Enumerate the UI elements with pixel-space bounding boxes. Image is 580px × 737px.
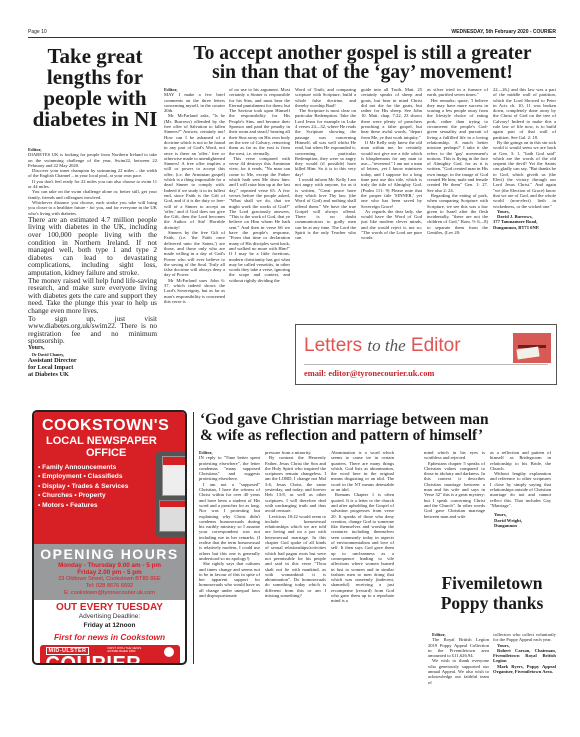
paragraph: IN reply to "Time better spent protestin… <box>199 455 260 481</box>
paragraph: If you don't feel ready for 22 miles you… <box>28 179 157 190</box>
paragraph: Discover your inner champion by swimming… <box>28 168 157 179</box>
paragraph: as a reflection and pattern of himself a… <box>490 450 551 471</box>
marriage-column-5: as a reflection and pattern of himself a… <box>490 450 551 570</box>
marriage-column-2: pressure from a minority. By contrast th… <box>265 450 326 662</box>
paragraph: DIABETES UK is looking for people from N… <box>28 152 157 168</box>
paragraph: Word of Truth, and comparing scripture w… <box>295 87 356 108</box>
paragraph: We wish to thank everyone who generously… <box>428 658 489 684</box>
paragraph: Abomination is a word which seems to cau… <box>331 450 394 492</box>
publication-day: OUT EVERY TUESDAY <box>34 602 185 613</box>
advert-hours-panel: OPENING HOURS Monday - Thursday 9.00 am … <box>34 544 185 600</box>
postbox-icon <box>513 333 551 363</box>
editor-email-link[interactable]: email: editor@tyronecourier.uk.com <box>304 369 434 378</box>
headline-marriage: ‘God gave Christian marriage between man… <box>200 412 560 444</box>
paragraph: The Royal British Legion 2019 Poppy Appe… <box>428 637 489 658</box>
page-folio: Page 10 WEDNESDAY, 5th February 2020 - C… <box>28 28 556 38</box>
headline-line: lengths for <box>28 67 162 88</box>
diabetes-body: Editor, DIABETES UK is looking for peopl… <box>28 147 157 409</box>
paragraph: She rightly says that cultures and times… <box>199 561 260 598</box>
author-title: at Diabetes UK <box>28 371 157 378</box>
headline-line: sin than that of the ‘gay’ movement! <box>165 63 560 82</box>
office-email: E: cookstown@tyronecourier.uk.com <box>34 590 185 597</box>
letters-title-word: Letters <box>304 335 362 356</box>
paragraph: Mr McFarland uses John 6: 37, which inde… <box>164 278 225 304</box>
hours-line: Friday 2.00 pm - 5 pm <box>34 569 185 576</box>
gospel-column-3: Word of Truth, and comparing scripture w… <box>295 87 356 321</box>
envelope-icon <box>516 347 539 360</box>
headline-gospel: To accept another gospel is still a grea… <box>165 44 560 82</box>
headline-line: & wife as reflection and pattern of hims… <box>200 428 560 444</box>
headline-poppy: Fivemiletown Poppy thanks <box>428 573 556 613</box>
paragraph: collectors who collect voluntarily for t… <box>493 632 556 643</box>
divider <box>304 364 548 365</box>
headline-line: ‘God gave Christian marriage between man <box>200 412 560 428</box>
dateline: WEDNESDAY, 5th February 2020 - COURIER <box>451 29 556 35</box>
paragraph: Regarding the eating of pork, when compa… <box>427 193 488 235</box>
paragraph: Without lengthy explanation and referenc… <box>490 471 551 508</box>
gospel-column-5: as silver tried in a furnace of earth, p… <box>427 87 488 321</box>
poppy-column-2: collectors who collect voluntarily for t… <box>493 632 556 704</box>
letters-title: Letters to the Editor <box>304 335 461 357</box>
poppy-column-1: Editor, The Royal British Legion 2019 Po… <box>428 632 489 704</box>
marriage-column-1: Editor, IN reply to "Time better spent p… <box>199 450 260 662</box>
paragraph: The Scripture is most clear on particula… <box>295 108 356 177</box>
headline-line: Fivemiletown <box>428 573 556 593</box>
cookstown-office-advert: COOKSTOWN'S LOCAL NEWSPAPER OFFICE • Fam… <box>32 410 187 665</box>
advert-red-panel: COOKSTOWN'S LOCAL NEWSPAPER OFFICE • Fam… <box>34 412 185 544</box>
headline-diabetes: Take great lengths for people with diabe… <box>28 46 162 130</box>
advert-footer-panel: OUT EVERY TUESDAY Advertising Deadline: … <box>34 600 185 665</box>
signatory: Mark Byers, Poppy Appeal Organiser, Five… <box>493 664 556 675</box>
paragraph: By the goings on in this sin sick world … <box>493 140 556 209</box>
advert-subtitle: LOCAL NEWSPAPER <box>34 435 185 447</box>
paragraph: 22—26,) and this law was a part of the m… <box>493 87 556 140</box>
headline-line: diabetes in NI <box>28 109 162 130</box>
paragraph: As regards the dear lady, she would have… <box>361 209 422 241</box>
paragraph: of no use to his argument. Most certainl… <box>229 87 290 156</box>
gospel-column-4: guide into all Truth. Matt. 25 certainly… <box>361 87 422 321</box>
headline-line: Take great <box>28 46 162 67</box>
opening-hours-title: OPENING HOURS <box>34 544 185 562</box>
address: Dungannon, BT71 6NP. <box>493 225 556 230</box>
signatory: Robert Carson, Chairman, Fivemiletown Ro… <box>493 648 556 664</box>
sign-off: Yours, <box>28 345 157 352</box>
paragraph: This verse compared with verse 44 destro… <box>229 156 290 283</box>
paragraph: Ephesians chapter 5 speaks of Christian … <box>424 461 485 519</box>
author-title: for Local Impact <box>28 364 157 371</box>
crest-icon <box>164 647 174 657</box>
paragraph: By contrast the Heavenly Father, Jesus C… <box>265 455 326 513</box>
advert-tagline: First for news in Cookstown <box>34 632 185 642</box>
paragraph: Mr. McFarland asks, "Is he (Mr. Burrows)… <box>164 113 225 230</box>
paragraph: I would inform Mr. Kelly I am not angry … <box>295 177 356 241</box>
paragraph: as silver tried in a furnace of earth, p… <box>427 87 488 98</box>
office-telephone: Tel: 028 8676 6692 <box>34 583 185 590</box>
marriage-column-4: mind which in his eyes is worthless and … <box>424 450 485 570</box>
headline-line: To accept another gospel is still a grea… <box>165 44 560 63</box>
letters-title-word: Editor <box>411 335 461 356</box>
paragraph-large: The money raised will help fund life-sav… <box>28 277 157 315</box>
author-title: Assistant Director <box>28 357 157 364</box>
place: Dungannon <box>490 523 551 528</box>
logo-name: COURIER <box>46 654 142 665</box>
marriage-column-3: Abomination is a word which seems to cau… <box>331 450 394 662</box>
gospel-column-6: 22—26,) and this law was a part of the m… <box>493 87 556 321</box>
paragraph: Whichever distance you choose, each stro… <box>28 200 157 216</box>
paragraph: Leviticus 18:22 would seem to include ho… <box>265 514 326 599</box>
newspaper-on-tablet-image <box>156 452 187 537</box>
advert-title: COOKSTOWN'S <box>34 412 185 435</box>
hours-line: Monday - Thursday 9.00 am - 5 pm <box>34 562 185 569</box>
paragraph: Sinners by the free Gift of Faith, (i.e.… <box>164 230 225 278</box>
column-rule <box>193 412 194 664</box>
deadline-value: Friday at 12noon <box>34 622 185 629</box>
letters-to-editor-box: Letters to the Editor email: editor@tyro… <box>295 324 557 385</box>
paragraph-large: There are an estimated 4.7 million peopl… <box>28 216 157 277</box>
paragraph: MAY I make a few brief comments on the t… <box>164 92 225 113</box>
headline-line: people with <box>28 88 162 109</box>
headline-line: Poppy thanks <box>428 593 556 613</box>
letters-title-word: to the <box>367 336 405 355</box>
paragraph: You can take on the swim challenge alone… <box>28 189 157 200</box>
gospel-column-1: Editor, MAY I make a few brief comments … <box>164 87 225 385</box>
paragraph: If Mr Kelly only knew the old man within… <box>361 140 422 209</box>
paragraph-large: To sign up, just visit www.diabetes.org.… <box>28 315 157 345</box>
paragraph: I am not a "supposed" Christian, I have … <box>199 482 260 561</box>
page-number: Page 10 <box>28 29 47 35</box>
paragraph: guide into all Truth. Matt. 25 certainly… <box>361 87 422 140</box>
paragraph: Her remarks; quote, 'I believe they may … <box>427 98 488 193</box>
paragraph: mind which in his eyes is worthless and … <box>424 450 485 461</box>
office-address: 23 Oldtown Street, Cookstown BT80 8EE <box>34 576 185 583</box>
mid-ulster-courier-logo: MID-ULSTER FIRST WITH THE NEWS ESTABLISH… <box>40 645 180 665</box>
gospel-column-2: of no use to his argument. Most certainl… <box>229 87 290 385</box>
paragraph: Romans Chapter 1 is often quoted. It is … <box>331 492 394 603</box>
deadline-label: Advertising Deadline: <box>34 613 185 620</box>
